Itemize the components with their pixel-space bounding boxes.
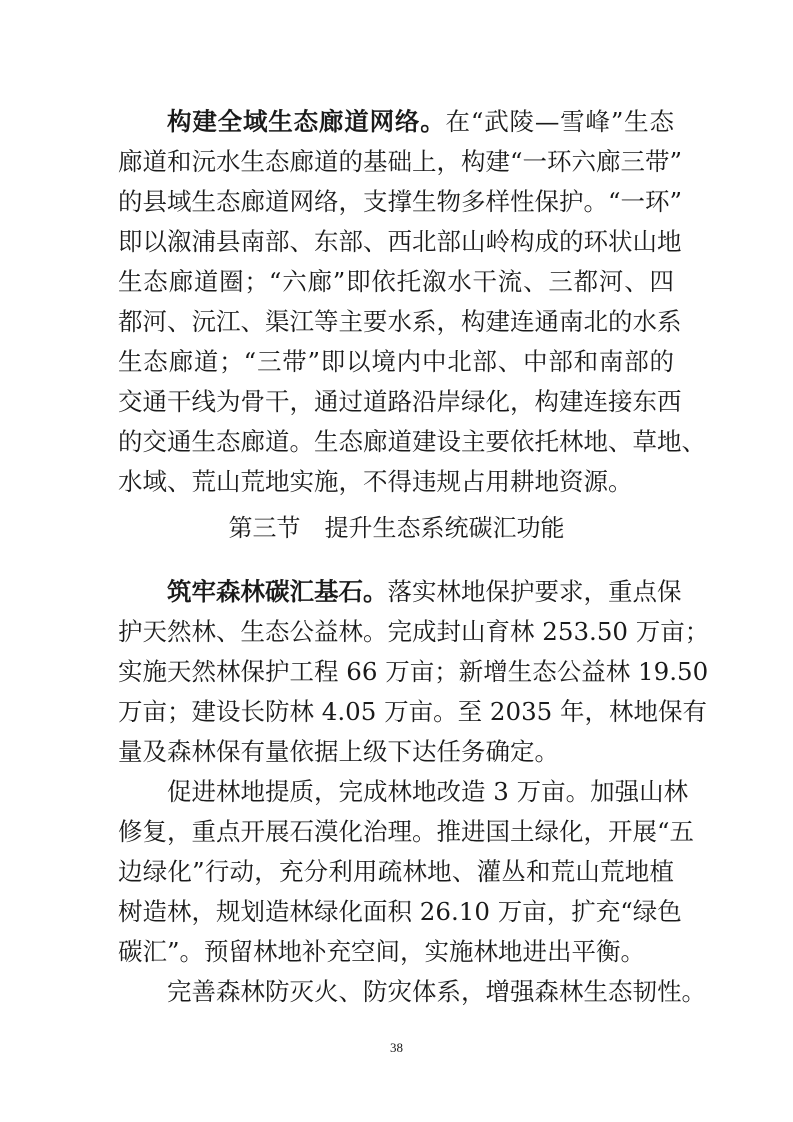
paragraph-line: 万亩；建设长防林 4.05 万亩。至 2035 年，林地保有 [118,697,674,727]
paragraph-line: 的交通生态廊道。生态廊道建设主要依托林地、草地、 [118,427,674,457]
paragraph-line: 即以溆浦县南部、东部、西北部山岭构成的环状山地 [118,227,674,257]
section-heading: 第三节 提升生态系统碳汇功能 [0,513,793,543]
paragraph-text: 落实林地保护要求，重点保 [388,577,682,606]
paragraph-line: 水域、荒山荒地实施，不得违规占用耕地资源。 [118,467,674,497]
paragraph-line: 量及森林保有量依据上级下达任务确定。 [118,737,674,767]
paragraph-line: 实施天然林保护工程 66 万亩；新增生态公益林 19.50 [118,657,674,687]
paragraph-line: 交通干线为骨干，通过道路沿岸绿化，构建连接东西 [118,387,674,417]
paragraph-line: 都河、沅江、渠江等主要水系，构建连通南北的水系 [118,307,674,337]
paragraph-lead-bold: 构建全域生态廊道网络。 [167,107,446,136]
document-page: 构建全域生态廊道网络。在“武陵—雪峰”生态 廊道和沅水生态廊道的基础上，构建“一… [0,0,793,1122]
paragraph-line: 护天然林、生态公益林。完成封山育林 253.50 万亩； [118,617,674,647]
paragraph-lead-bold: 筑牢森林碳汇基石。 [167,577,388,606]
paragraph-line: 碳汇”。预留林地补充空间，实施林地进出平衡。 [118,937,674,967]
paragraph-line: 构建全域生态廊道网络。在“武陵—雪峰”生态 [167,107,674,137]
paragraph-line: 促进林地提质，完成林地改造 3 万亩。加强山林 [167,777,674,807]
paragraph-line: 树造林，规划造林绿化面积 26.10 万亩，扩充“绿色 [118,897,674,927]
paragraph-line: 筑牢森林碳汇基石。落实林地保护要求，重点保 [167,577,674,607]
paragraph-text: 在“武陵—雪峰”生态 [446,107,674,136]
paragraph-line: 生态廊道圈；“六廊”即依托溆水干流、三都河、四 [118,267,674,297]
paragraph-line: 廊道和沅水生态廊道的基础上，构建“一环六廊三带” [118,147,674,177]
paragraph-line: 边绿化”行动，充分利用疏林地、灌丛和荒山荒地植 [118,857,674,887]
paragraph-line: 的县域生态廊道网络，支撑生物多样性保护。“一环” [118,187,674,217]
paragraph-line: 完善森林防灭火、防灾体系，增强森林生态韧性。 [167,977,674,1007]
paragraph-line: 修复，重点开展石漠化治理。推进国土绿化，开展“五 [118,817,674,847]
paragraph-line: 生态廊道；“三带”即以境内中北部、中部和南部的 [118,347,674,377]
page-number: 38 [0,1040,793,1056]
